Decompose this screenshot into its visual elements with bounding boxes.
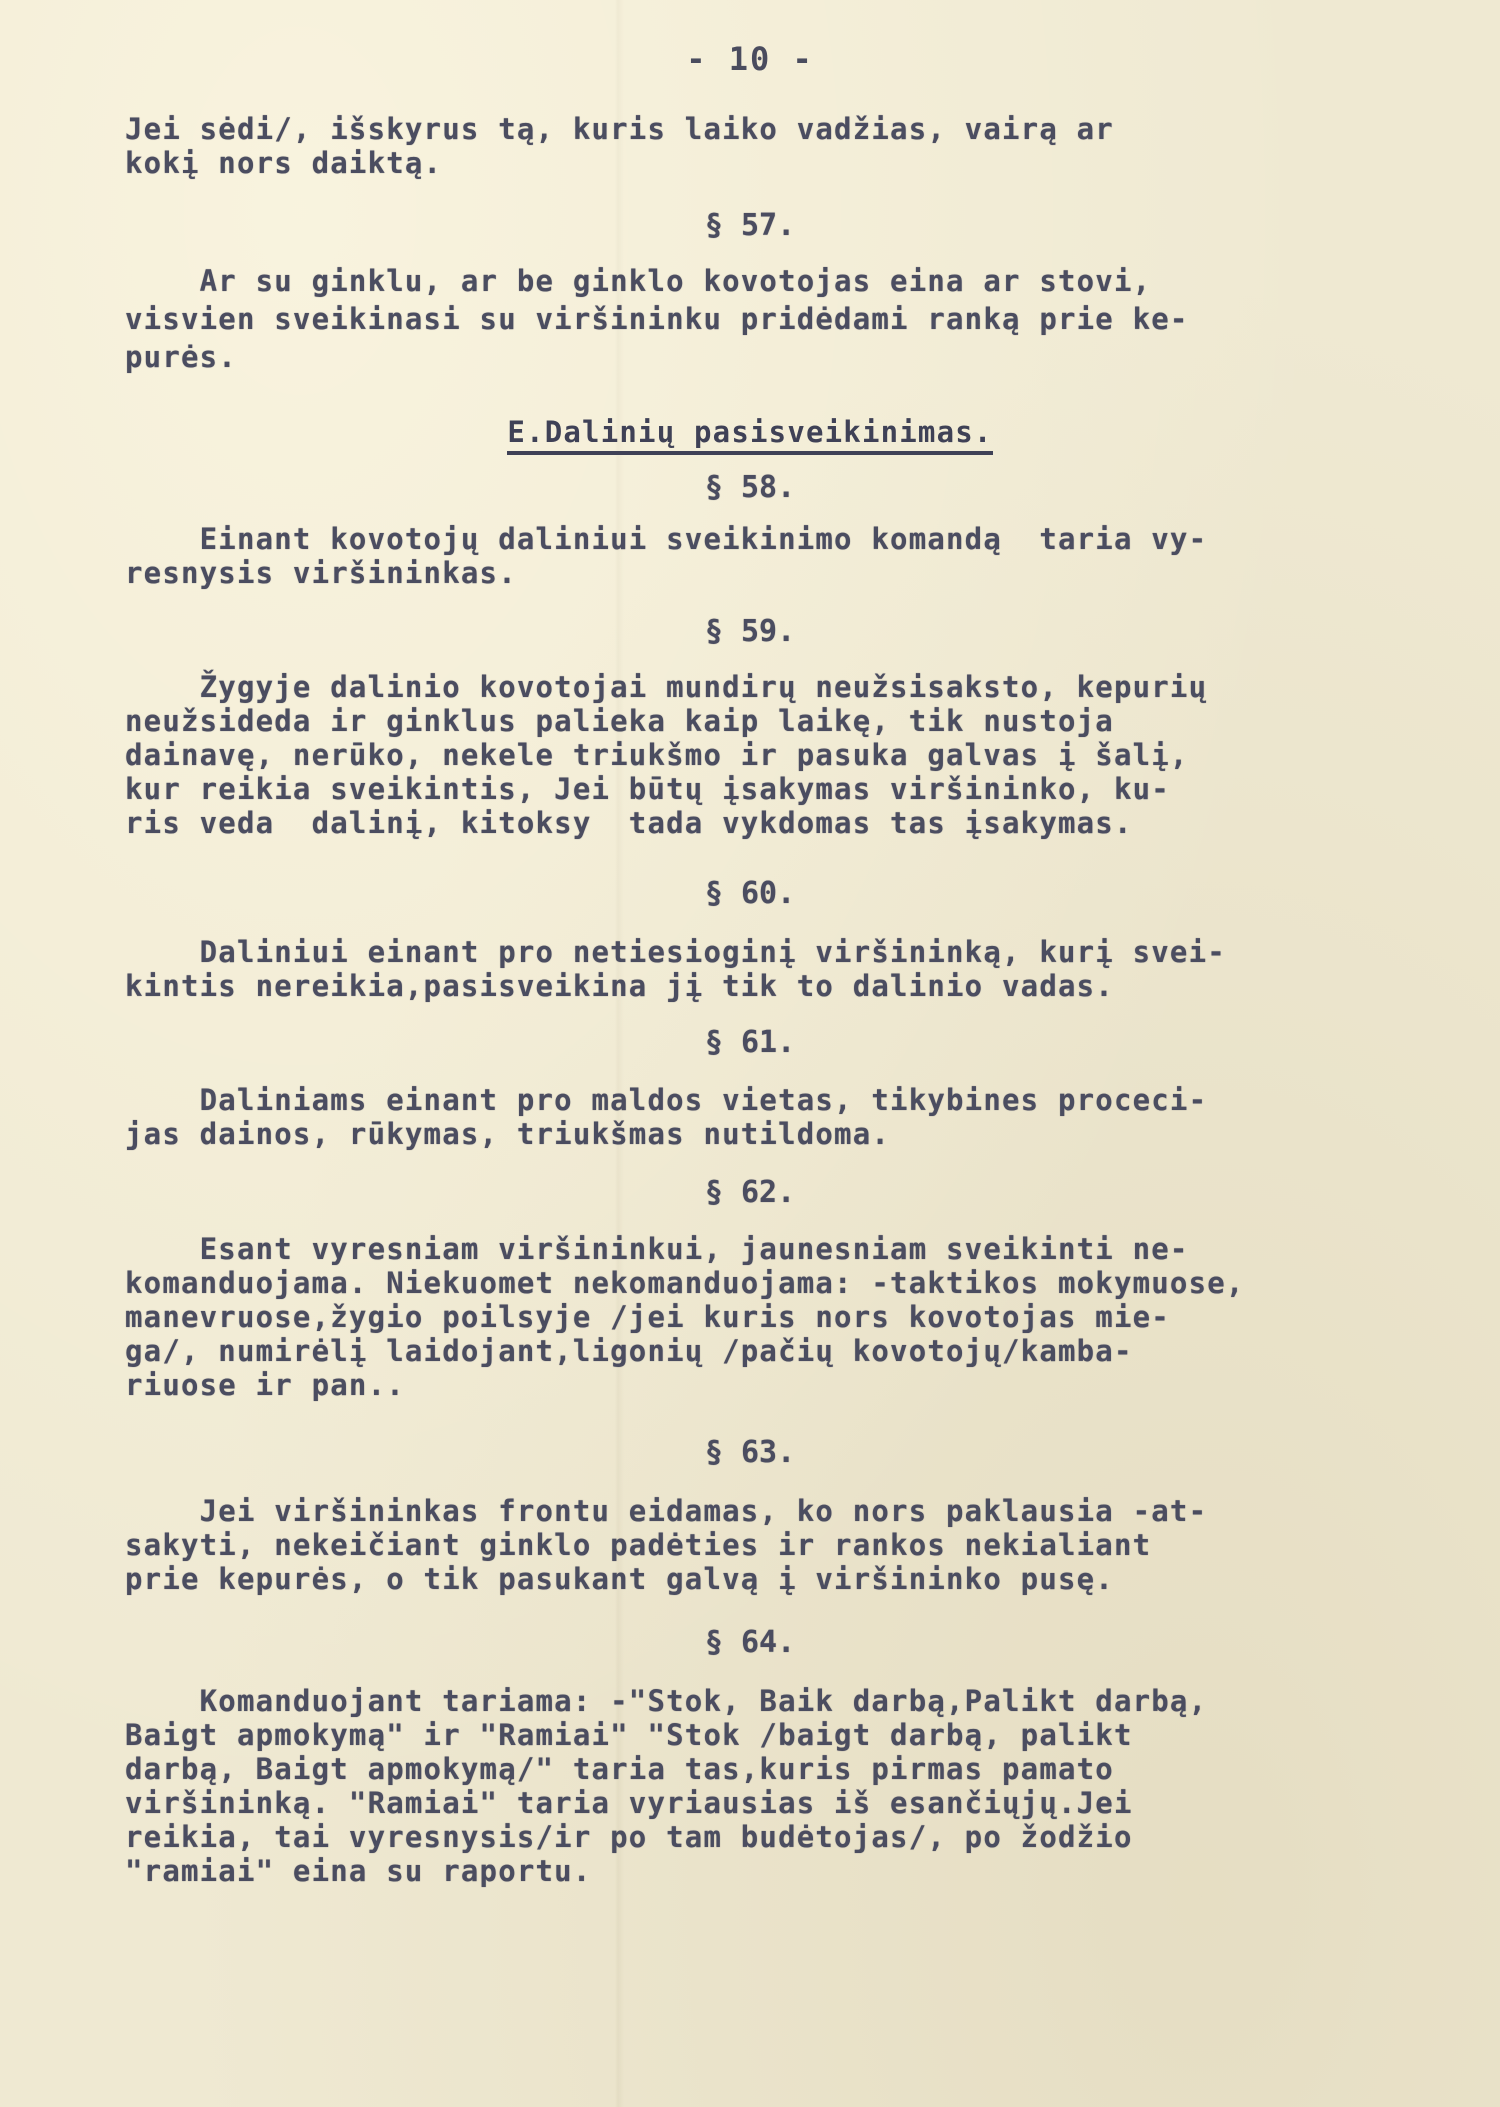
text-line: ris veda dalinį, kitoksy tada vykdomas t… <box>125 806 1455 840</box>
page-number: - 10 - <box>0 40 1500 78</box>
intro-text: Jei sėdi/, išskyrus tą, kuris laiko vadž… <box>125 112 1455 180</box>
paragraph-57-text: Ar su ginklu, ar be ginklo kovotojas ein… <box>125 262 1455 376</box>
paragraph-heading-62: § 62. <box>0 1175 1500 1210</box>
paragraph-heading-60: § 60. <box>0 876 1500 911</box>
paragraph-heading-57: § 57. <box>0 208 1500 243</box>
text-line: riuose ir pan.. <box>125 1368 1455 1402</box>
text-line: neužsideda ir ginklus palieka kaip laikę… <box>125 704 1455 738</box>
text-line: kokį nors daiktą. <box>125 146 1455 180</box>
paragraph-heading-58: § 58. <box>0 470 1500 505</box>
text-line: Einant kovotojų daliniui sveikinimo koma… <box>125 522 1455 556</box>
text-line: sakyti, nekeičiant ginklo padėties ir ra… <box>125 1528 1455 1562</box>
text-line: komanduojama. Niekuomet nekomanduojama: … <box>125 1266 1455 1300</box>
text-line: kintis nereikia,pasisveikina jį tik to d… <box>125 969 1455 1003</box>
text-line: kur reikia sveikintis, Jei būtų įsakymas… <box>125 772 1455 806</box>
text-line: visvien sveikinasi su viršininku pridėda… <box>125 300 1455 338</box>
text-line: ga/, numirėlį laidojant,ligonių /pačių k… <box>125 1334 1455 1368</box>
paragraph-heading-64: § 64. <box>0 1625 1500 1660</box>
text-line: Daliniams einant pro maldos vietas, tiky… <box>125 1083 1455 1117</box>
paragraph-58-text: Einant kovotojų daliniui sveikinimo koma… <box>125 522 1455 590</box>
text-line: dainavę, nerūko, nekele triukšmo ir pasu… <box>125 738 1455 772</box>
paragraph-63-text: Jei viršininkas frontu eidamas, ko nors … <box>125 1494 1455 1596</box>
section-title: E.Dalinių pasisveikinimas. <box>0 415 1500 449</box>
paragraph-64-text: Komanduojant tariama: -"Stok, Baik darbą… <box>125 1684 1455 1888</box>
paragraph-60-text: Daliniui einant pro netiesioginį viršini… <box>125 935 1455 1003</box>
text-line: purės. <box>125 338 1455 376</box>
text-line: Jei viršininkas frontu eidamas, ko nors … <box>125 1494 1455 1528</box>
typewritten-page: - 10 - Jei sėdi/, išskyrus tą, kuris lai… <box>0 0 1500 2107</box>
paragraph-62-text: Esant vyresniam viršininkui, jaunesniam … <box>125 1232 1455 1402</box>
text-line: Jei sėdi/, išskyrus tą, kuris laiko vadž… <box>125 112 1455 146</box>
text-line: Baigt apmokymą" ir "Ramiai" "Stok /baigt… <box>125 1718 1455 1752</box>
text-line: prie kepurės, o tik pasukant galvą į vir… <box>125 1562 1455 1596</box>
text-line: darbą, Baigt apmokymą/" taria tas,kuris … <box>125 1752 1455 1786</box>
text-line: Daliniui einant pro netiesioginį viršini… <box>125 935 1455 969</box>
section-title-text: E.Dalinių pasisveikinimas. <box>507 415 992 455</box>
text-line: resnysis viršininkas. <box>125 556 1455 590</box>
text-line: reikia, tai vyresnysis/ir po tam budėtoj… <box>125 1820 1455 1854</box>
text-line: "ramiai" eina su raportu. <box>125 1854 1455 1888</box>
paragraph-heading-59: § 59. <box>0 614 1500 649</box>
text-line: manevruose,žygio poilsyje /jei kuris nor… <box>125 1300 1455 1334</box>
text-line: Ar su ginklu, ar be ginklo kovotojas ein… <box>125 262 1455 300</box>
text-line: viršininką. "Ramiai" taria vyriausias iš… <box>125 1786 1455 1820</box>
text-line: Žygyje dalinio kovotojai mundirų neužsis… <box>125 670 1455 704</box>
text-line: Esant vyresniam viršininkui, jaunesniam … <box>125 1232 1455 1266</box>
paragraph-heading-61: § 61. <box>0 1025 1500 1060</box>
paragraph-61-text: Daliniams einant pro maldos vietas, tiky… <box>125 1083 1455 1151</box>
text-line: jas dainos, rūkymas, triukšmas nutildoma… <box>125 1117 1455 1151</box>
text-line: Komanduojant tariama: -"Stok, Baik darbą… <box>125 1684 1455 1718</box>
paragraph-heading-63: § 63. <box>0 1435 1500 1470</box>
paragraph-59-text: Žygyje dalinio kovotojai mundirų neužsis… <box>125 670 1455 840</box>
